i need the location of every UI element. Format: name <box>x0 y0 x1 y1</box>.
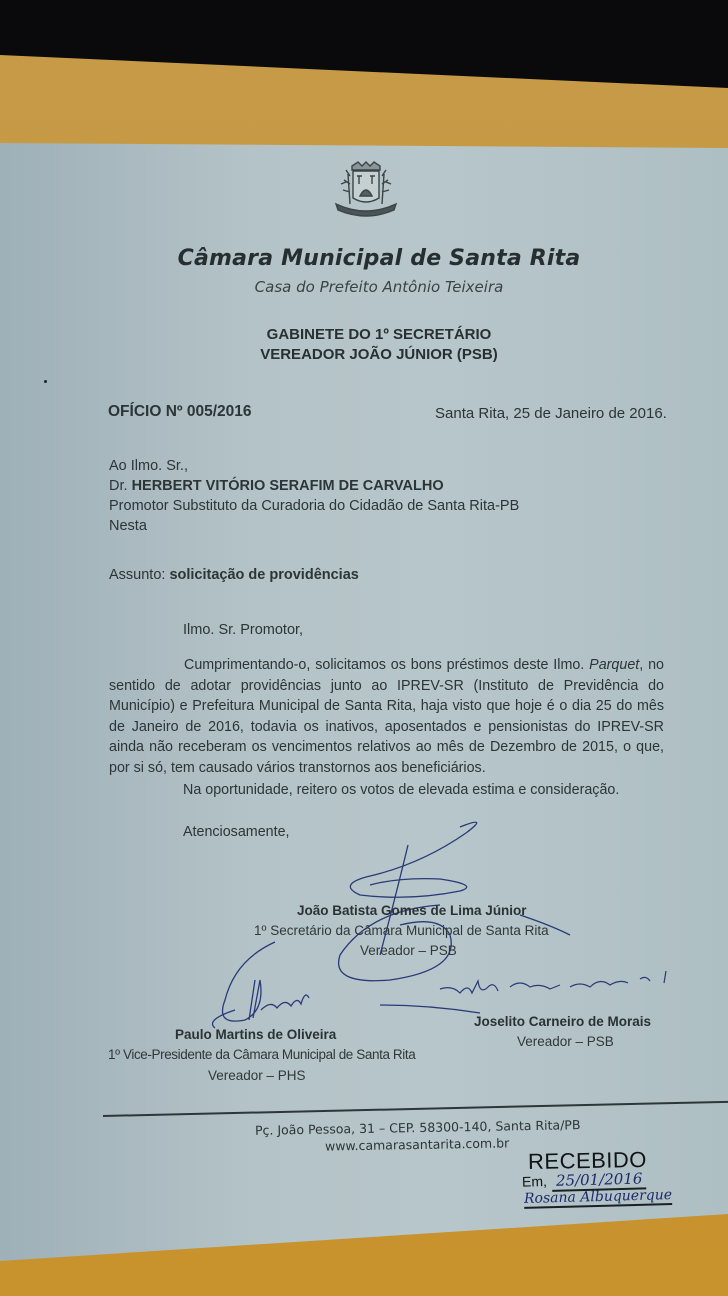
signatory-2-name: Paulo Martins de Oliveira <box>175 1027 336 1042</box>
signatory-1-party: Vereador – PSB <box>360 943 457 958</box>
office-line-1: GABINETE DO 1º SECRETÁRIO <box>0 326 728 343</box>
coat-of-arms-icon <box>326 160 406 222</box>
speck <box>44 380 47 383</box>
signatory-1-role: 1º Secretário da Câmara Municipal de San… <box>254 923 549 938</box>
subject-value: solicitação de providências <box>169 567 358 583</box>
signatory-3-party: Vereador – PSB <box>517 1034 614 1049</box>
signatory-1-name: João Batista Gomes de Lima Júnior <box>297 903 527 918</box>
letterhead-title: Câmara Municipal de Santa Rita <box>0 246 728 271</box>
received-stamp-signature: Rosana Albuquerque <box>524 1187 673 1209</box>
recipient-salutation: Ao Ilmo. Sr., <box>109 458 188 474</box>
subject-label: Assunto: <box>109 567 165 583</box>
body-text-a: Cumprimentando-o, solicitamos os bons pr… <box>184 657 584 673</box>
signatory-3-name: Joselito Carneiro de Morais <box>474 1014 651 1029</box>
body-text-b: , no sentido de adotar providências junt… <box>109 657 664 776</box>
office-line-2: VEREADOR JOÃO JÚNIOR (PSB) <box>0 346 728 363</box>
body-paragraph-2: Na oportunidade, reitero os votos de ele… <box>183 782 619 798</box>
oficio-reference: OFÍCIO Nº 005/2016 <box>108 403 252 421</box>
recipient-name: HERBERT VITÓRIO SERAFIM DE CARVALHO <box>132 478 444 494</box>
recipient-location: Nesta <box>109 518 147 534</box>
letterhead-subtitle: Casa do Prefeito Antônio Teixeira <box>0 278 728 296</box>
signatory-2-role: 1º Vice-Presidente da Câmara Municipal d… <box>108 1047 415 1062</box>
signature-paulo-martins <box>205 940 325 1030</box>
footer-website: www.camarasantarita.com.br <box>325 1135 509 1153</box>
subject-line: Assunto: solicitação de providências <box>109 567 359 583</box>
closing: Atenciosamente, <box>183 824 290 840</box>
parquet-italic: Parquet <box>589 657 639 673</box>
received-stamp-em-label: Em, <box>522 1173 547 1190</box>
recipient-prefix: Dr. <box>109 478 128 494</box>
greeting: Ilmo. Sr. Promotor, <box>183 622 303 638</box>
recipient-name-line: Dr. HERBERT VITÓRIO SERAFIM DE CARVALHO <box>109 478 444 494</box>
recipient-role: Promotor Substituto da Curadoria do Cida… <box>109 498 519 514</box>
place-date: Santa Rita, 25 de Janeiro de 2016. <box>435 405 667 422</box>
body-paragraph-1: Cumprimentando-o, solicitamos os bons pr… <box>109 655 664 778</box>
signatory-2-party: Vereador – PHS <box>208 1068 306 1083</box>
